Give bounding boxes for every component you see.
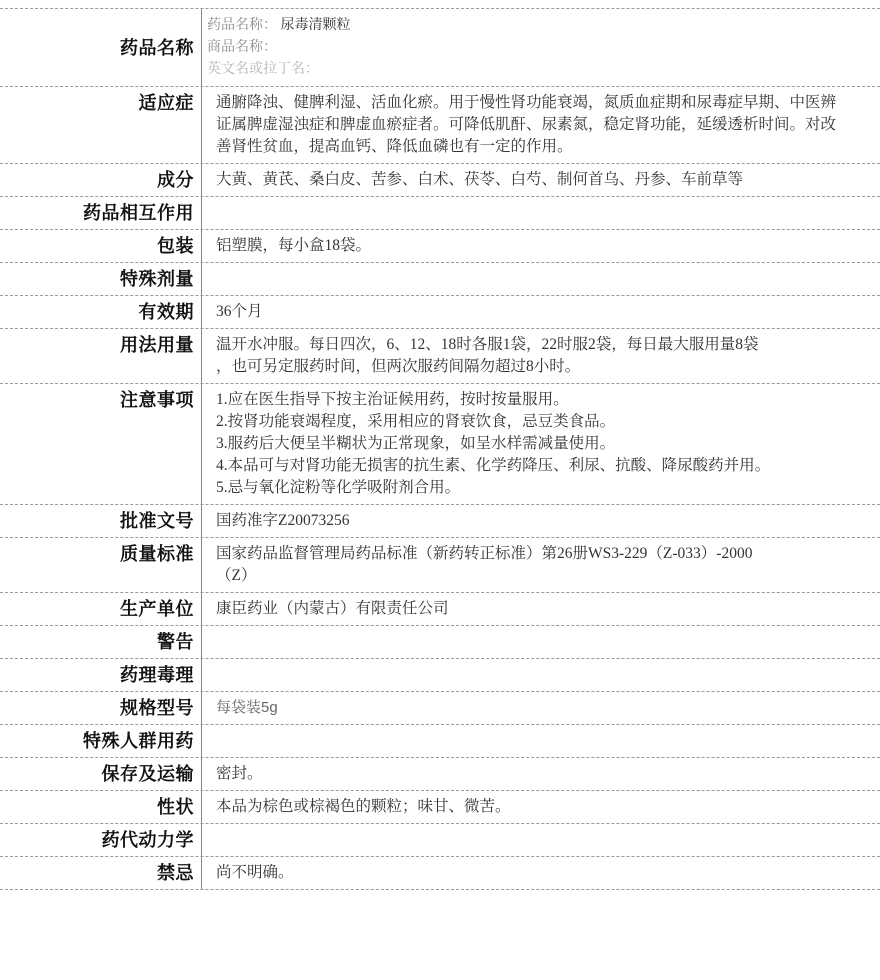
table-row-special-populations: 特殊人群用药 [0,725,880,758]
row-label-storage-transport: 保存及运输 [0,758,202,790]
row-content-special-dosage [202,263,880,295]
content-line: 4.本品可与对肾功能无损害的抗生素、化学药降压、利尿、抗酸、降尿酸药并用。 [216,455,850,477]
row-label-specification: 规格型号 [0,692,202,724]
content-line: 5.忌与氧化淀粉等化学吸附剂合用。 [216,477,850,499]
row-content-precautions: 1.应在医生指导下按主治证候用药，按时按量服用。2.按肾功能衰竭程度，采用相应的… [202,384,880,504]
row-content-storage-transport: 密封。 [202,758,880,790]
content-line: 温开水冲服。每日四次，6、12、18时各服1袋，22时服2袋，每日最大服用量8袋 [216,334,850,356]
row-label-special-dosage: 特殊剂量 [0,263,202,295]
table-row-pharmacokinetics: 药代动力学 [0,824,880,857]
row-label-quality-standard: 质量标准 [0,538,202,592]
row-content-specification: 每袋装5g [202,692,880,724]
table-row-drug-interactions: 药品相互作用 [0,197,880,230]
drug-info-table: 药品名称药品名称： 尿毒清颗粒商品名称： 英文名或拉丁名： 适应症通腑降浊、健脾… [0,8,880,890]
row-content-appearance: 本品为棕色或棕褐色的颗粒；味甘、微苦。 [202,791,880,823]
row-label-manufacturer: 生产单位 [0,593,202,625]
table-row-dosage-usage: 用法用量温开水冲服。每日四次，6、12、18时各服1袋，22时服2袋，每日最大服… [0,329,880,384]
table-row-pharmacology-toxicology: 药理毒理 [0,659,880,692]
field-line-drug-name-2: 英文名或拉丁名： [207,59,850,81]
row-content-pharmacology-toxicology [202,659,880,691]
row-content-contraindications: 尚不明确。 [202,857,880,889]
row-label-contraindications: 禁忌 [0,857,202,889]
field-line-drug-name-1: 商品名称： [207,37,850,59]
table-row-contraindications: 禁忌尚不明确。 [0,857,880,890]
row-label-precautions: 注意事项 [0,384,202,504]
row-label-pharmacokinetics: 药代动力学 [0,824,202,856]
row-content-approval-number: 国药准字Z20073256 [202,505,880,537]
row-label-warning: 警告 [0,626,202,658]
content-line: （Z） [216,565,850,587]
row-content-drug-name: 药品名称： 尿毒清颗粒商品名称： 英文名或拉丁名： [202,9,880,86]
table-row-ingredients: 成分大黄、黄芪、桑白皮、苦参、白术、茯苓、白芍、制何首乌、丹参、车前草等 [0,164,880,197]
content-line: 2.按肾功能衰竭程度，采用相应的肾衰饮食，忌豆类食品。 [216,411,850,433]
row-content-special-populations [202,725,880,757]
row-label-drug-name: 药品名称 [0,9,202,86]
row-content-indications: 通腑降浊、健脾利湿、活血化瘀。用于慢性肾功能衰竭，氮质血症期和尿毒症早期、中医辨… [202,87,880,163]
table-row-approval-number: 批准文号国药准字Z20073256 [0,505,880,538]
row-content-warning [202,626,880,658]
row-label-appearance: 性状 [0,791,202,823]
row-content-dosage-usage: 温开水冲服。每日四次，6、12、18时各服1袋，22时服2袋，每日最大服用量8袋… [202,329,880,383]
table-row-specification: 规格型号每袋装5g [0,692,880,725]
row-label-indications: 适应症 [0,87,202,163]
row-label-shelf-life: 有效期 [0,296,202,328]
row-label-dosage-usage: 用法用量 [0,329,202,383]
content-line: 3.服药后大便呈半糊状为正常现象，如呈水样需减量使用。 [216,433,850,455]
content-line: 1.应在医生指导下按主治证候用药，按时按量服用。 [216,389,850,411]
field-value: 尿毒清颗粒 [281,18,351,33]
table-row-manufacturer: 生产单位康臣药业（内蒙古）有限责任公司 [0,593,880,626]
table-row-packaging: 包装铝塑膜，每小盒18袋。 [0,230,880,263]
row-label-packaging: 包装 [0,230,202,262]
row-content-quality-standard: 国家药品监督管理局药品标准（新药转正标准）第26册WS3-229（Z-033）-… [202,538,880,592]
field-name: 英文名或拉丁名： [207,62,319,77]
field-name: 商品名称： [207,40,277,55]
row-label-special-populations: 特殊人群用药 [0,725,202,757]
row-label-approval-number: 批准文号 [0,505,202,537]
field-line-drug-name-0: 药品名称： 尿毒清颗粒 [207,15,850,37]
table-row-drug-name: 药品名称药品名称： 尿毒清颗粒商品名称： 英文名或拉丁名： [0,9,880,87]
row-label-pharmacology-toxicology: 药理毒理 [0,659,202,691]
row-content-manufacturer: 康臣药业（内蒙古）有限责任公司 [202,593,880,625]
table-row-appearance: 性状本品为棕色或棕褐色的颗粒；味甘、微苦。 [0,791,880,824]
row-label-drug-interactions: 药品相互作用 [0,197,202,229]
table-row-storage-transport: 保存及运输密封。 [0,758,880,791]
row-content-packaging: 铝塑膜，每小盒18袋。 [202,230,880,262]
table-row-indications: 适应症通腑降浊、健脾利湿、活血化瘀。用于慢性肾功能衰竭，氮质血症期和尿毒症早期、… [0,87,880,164]
row-content-ingredients: 大黄、黄芪、桑白皮、苦参、白术、茯苓、白芍、制何首乌、丹参、车前草等 [202,164,880,196]
row-content-pharmacokinetics [202,824,880,856]
field-name: 药品名称： [207,18,277,33]
row-content-drug-interactions [202,197,880,229]
content-line: 国家药品监督管理局药品标准（新药转正标准）第26册WS3-229（Z-033）-… [216,543,850,565]
row-content-shelf-life: 36个月 [202,296,880,328]
content-line: ，也可另定服药时间，但两次服药间隔勿超过8小时。 [216,356,850,378]
drug-info-page: 药品名称药品名称： 尿毒清颗粒商品名称： 英文名或拉丁名： 适应症通腑降浊、健脾… [0,0,880,980]
table-row-precautions: 注意事项1.应在医生指导下按主治证候用药，按时按量服用。2.按肾功能衰竭程度，采… [0,384,880,505]
row-label-ingredients: 成分 [0,164,202,196]
table-row-shelf-life: 有效期36个月 [0,296,880,329]
table-row-warning: 警告 [0,626,880,659]
table-row-special-dosage: 特殊剂量 [0,263,880,296]
table-row-quality-standard: 质量标准国家药品监督管理局药品标准（新药转正标准）第26册WS3-229（Z-0… [0,538,880,593]
